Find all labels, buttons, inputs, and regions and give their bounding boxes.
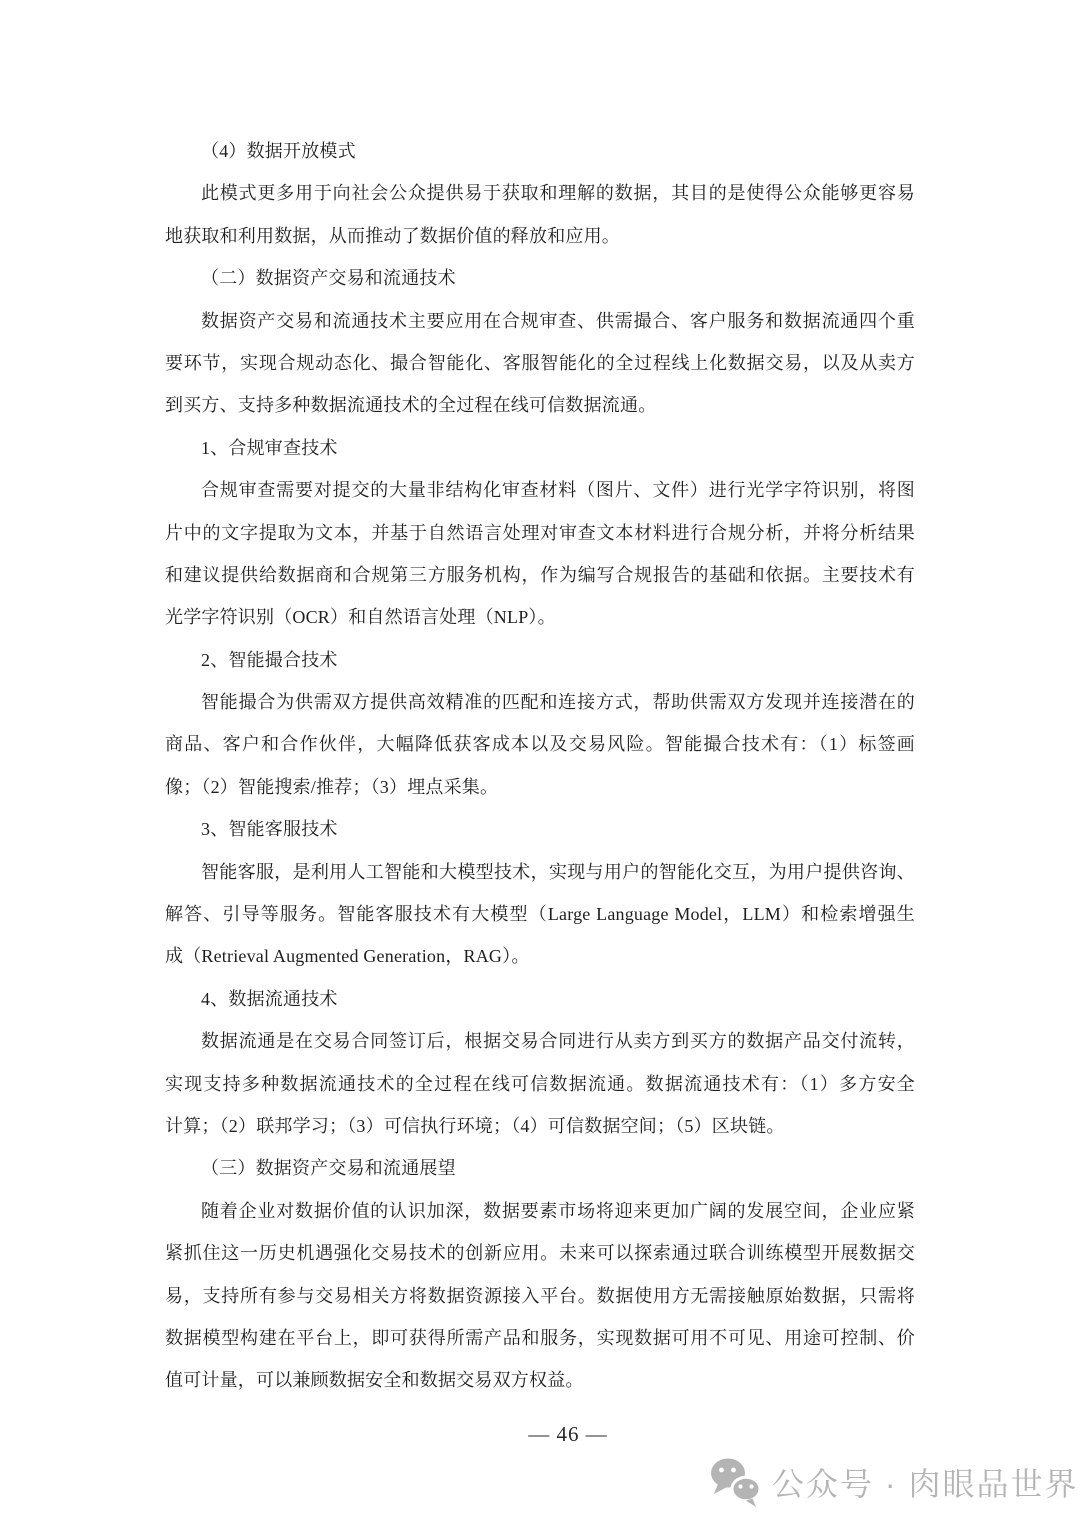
text-line: 要环节，实现合规动态化、撮合智能化、客服智能化的全过程线上化数据交易，以及从卖方 bbox=[165, 342, 915, 384]
text-line: 值可计量，可以兼顾数据安全和数据交易双方权益。 bbox=[165, 1359, 915, 1401]
page-number: — 46 — bbox=[193, 1413, 943, 1455]
text-line: 实现支持多种数据流通技术的全过程在线可信数据流通。数据流通技术有：（1）多方安全 bbox=[165, 1063, 915, 1105]
text-line: 1、合规审查技术 bbox=[165, 427, 915, 469]
text-line: 智能客服，是利用人工智能和大模型技术，实现与用户的智能化交互，为用户提供咨询、 bbox=[165, 851, 915, 893]
text-line: 光学字符识别（OCR）和自然语言处理（NLP）。 bbox=[165, 596, 915, 638]
text-line: 片中的文字提取为文本，并基于自然语言处理对审查文本材料进行合规分析，并将分析结果 bbox=[165, 512, 915, 554]
text-line: 像；（2）智能搜索/推荐；（3）埋点采集。 bbox=[165, 766, 915, 808]
text-line: 数据资产交易和流通技术主要应用在合规审查、供需撮合、客户服务和数据流通四个重 bbox=[165, 300, 915, 342]
text-line: （二）数据资产交易和流通技术 bbox=[165, 257, 915, 299]
text-line: 智能撮合为供需双方提供高效精准的匹配和连接方式，帮助供需双方发现并连接潜在的 bbox=[165, 681, 915, 723]
text-line: 商品、客户和合作伙伴，大幅降低获客成本以及交易风险。智能撮合技术有：（1）标签画 bbox=[165, 723, 915, 765]
text-line: 4、数据流通技术 bbox=[165, 978, 915, 1020]
text-line: 数据流通是在交易合同签订后，根据交易合同进行从卖方到买方的数据产品交付流转， bbox=[165, 1020, 915, 1062]
text-lines: （4）数据开放模式此模式更多用于向社会公众提供易于获取和理解的数据，其目的是使得… bbox=[165, 130, 915, 1402]
text-line: 地获取和利用数据，从而推动了数据价值的释放和应用。 bbox=[165, 215, 915, 257]
text-line: 易，支持所有参与交易相关方将数据资源接入平台。数据使用方无需接触原始数据，只需将 bbox=[165, 1275, 915, 1317]
document-page: （4）数据开放模式此模式更多用于向社会公众提供易于获取和理解的数据，其目的是使得… bbox=[0, 0, 1080, 1527]
text-line: （4）数据开放模式 bbox=[165, 130, 915, 172]
text-line: 解答、引导等服务。智能客服技术有大模型（Large Language Model… bbox=[165, 893, 915, 935]
text-line: 和建议提供给数据商和合规第三方服务机构，作为编写合规报告的基础和依据。主要技术有 bbox=[165, 554, 915, 596]
watermark-text: 公众号 · 肉眼品世界 bbox=[772, 1456, 1078, 1512]
text-line: 随着企业对数据价值的认识加深，数据要素市场将迎来更加广阔的发展空间，企业应紧 bbox=[165, 1190, 915, 1232]
text-line: 2、智能撮合技术 bbox=[165, 639, 915, 681]
wechat-icon bbox=[710, 1456, 762, 1512]
text-line: 数据模型构建在平台上，即可获得所需产品和服务，实现数据可用不可见、用途可控制、价 bbox=[165, 1317, 915, 1359]
text-line: 成（Retrieval Augmented Generation，RAG）。 bbox=[165, 935, 915, 977]
text-line: 紧抓住这一历史机遇强化交易技术的创新应用。未来可以探索通过联合训练模型开展数据交 bbox=[165, 1232, 915, 1274]
text-line: 计算；（2）联邦学习；（3）可信执行环境；（4）可信数据空间；（5）区块链。 bbox=[165, 1105, 915, 1147]
text-line: （三）数据资产交易和流通展望 bbox=[165, 1147, 915, 1189]
text-line: 合规审查需要对提交的大量非结构化审查材料（图片、文件）进行光学字符识别，将图 bbox=[165, 469, 915, 511]
watermark: 公众号 · 肉眼品世界 bbox=[710, 1456, 1078, 1512]
text-line: 3、智能客服技术 bbox=[165, 808, 915, 850]
text-line: 到买方、支持多种数据流通技术的全过程在线可信数据流通。 bbox=[165, 384, 915, 426]
text-line: 此模式更多用于向社会公众提供易于获取和理解的数据，其目的是使得公众能够更容易 bbox=[165, 172, 915, 214]
